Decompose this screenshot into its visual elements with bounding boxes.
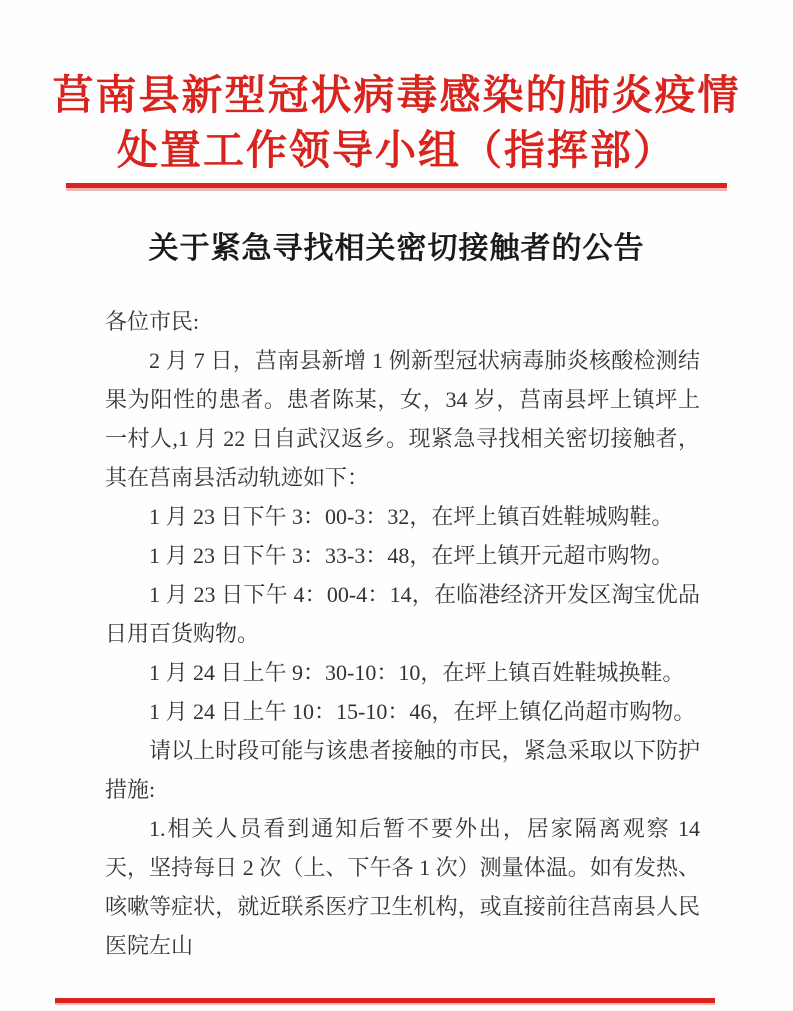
- paragraph-track-5: 1 月 24 日上午 10：15-10：46，在坪上镇亿尚超市购物。: [105, 692, 700, 731]
- paragraph-track-4: 1 月 24 日上午 9：30-10：10，在坪上镇百姓鞋城换鞋。: [105, 653, 700, 692]
- salutation: 各位市民:: [105, 302, 700, 341]
- header-divider-rule: [66, 183, 727, 188]
- notice-body: 关于紧急寻找相关密切接触者的公告 各位市民: 2 月 7 日，莒南县新增 1 例…: [0, 228, 793, 965]
- org-title-line2: 处置工作领导小组（指挥部）: [40, 123, 753, 178]
- paragraph-track-2: 1 月 23 日下午 3：33-3：48，在坪上镇开元超市购物。: [105, 536, 700, 575]
- footer-divider-rule: [55, 998, 715, 1003]
- paragraph-measures-intro: 请以上时段可能与该患者接触的市民，紧急采取以下防护措施:: [105, 731, 700, 809]
- paragraph-measure-1: 1.相关人员看到通知后暂不要外出，居家隔离观察 14 天，坚持每日 2 次（上、…: [105, 809, 700, 965]
- org-title-line1: 莒南县新型冠状病毒感染的肺炎疫情: [40, 68, 753, 123]
- paragraph-track-3: 1 月 23 日下午 4：00-4：14，在临港经济开发区淘宝优品日用百货购物。: [105, 575, 700, 653]
- document-footer: [0, 998, 793, 1003]
- org-title: 莒南县新型冠状病毒感染的肺炎疫情 处置工作领导小组（指挥部）: [40, 0, 753, 178]
- paragraph-case-summary: 2 月 7 日，莒南县新增 1 例新型冠状病毒肺炎核酸检测结果为阳性的患者。患者…: [105, 341, 700, 497]
- notice-page: 莒南县新型冠状病毒感染的肺炎疫情 处置工作领导小组（指挥部） 关于紧急寻找相关密…: [0, 0, 793, 1011]
- paragraph-track-1: 1 月 23 日下午 3：00-3：32，在坪上镇百姓鞋城购鞋。: [105, 497, 700, 536]
- notice-text-block: 各位市民: 2 月 7 日，莒南县新增 1 例新型冠状病毒肺炎核酸检测结果为阳性…: [105, 302, 700, 965]
- document-header: 莒南县新型冠状病毒感染的肺炎疫情 处置工作领导小组（指挥部）: [0, 0, 793, 188]
- notice-title: 关于紧急寻找相关密切接触者的公告: [40, 228, 753, 270]
